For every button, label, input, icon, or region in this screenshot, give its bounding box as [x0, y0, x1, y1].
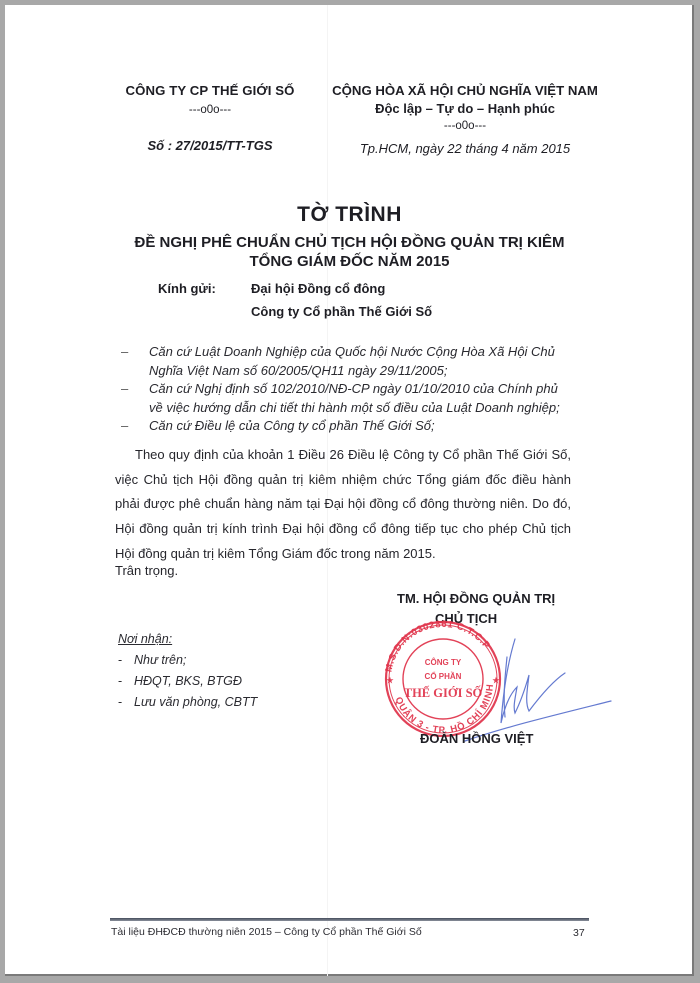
- header-left: CÔNG TY CP THẾ GIỚI SỐ ---o0o--- Số : 27…: [105, 83, 315, 153]
- national-motto: Độc lập – Tự do – Hạnh phúc: [330, 101, 600, 116]
- document-page: CÔNG TY CP THẾ GIỚI SỐ ---o0o--- Số : 27…: [5, 5, 694, 976]
- body-paragraph: Theo quy định của khoản 1 Điều 26 Điều l…: [115, 443, 571, 567]
- addressee-recipient: Công ty Cổ phần Thế Giới Số: [251, 304, 432, 319]
- svg-text:★: ★: [386, 676, 394, 685]
- dash-bullet: -: [118, 671, 122, 692]
- legal-basis-text: Căn cứ Điều lệ của Công ty cổ phần Thế G…: [149, 418, 435, 433]
- header-right: CỘNG HÒA XÃ HỘI CHỦ NGHĨA VIỆT NAM Độc l…: [330, 83, 600, 156]
- signature-organization: TM. HỘI ĐỒNG QUẢN TRỊ: [397, 591, 555, 606]
- footer-text: Tài liệu ĐHĐCĐ thường niên 2015 – Công t…: [111, 926, 422, 938]
- dash-bullet: –: [121, 380, 128, 399]
- header-left-decoration: ---o0o---: [105, 104, 315, 116]
- addressee-label: Kính gửi:: [158, 281, 216, 296]
- distribution-text: HĐQT, BKS, BTGĐ: [134, 674, 242, 688]
- page-number: 37: [573, 927, 585, 939]
- legal-basis-text: Căn cứ Luật Doanh Nghiệp của Quốc hội Nư…: [149, 344, 555, 378]
- subtitle-line: TỔNG GIÁM ĐỐC NĂM 2015: [5, 252, 694, 271]
- document-title: TỜ TRÌNH: [5, 203, 694, 227]
- legal-basis-item: – Căn cứ Điều lệ của Công ty cổ phần Thế…: [118, 417, 568, 436]
- distribution-item: -Như trên;: [118, 650, 257, 671]
- distribution-text: Như trên;: [134, 653, 186, 667]
- document-number: Số : 27/2015/TT-TGS: [105, 138, 315, 153]
- distribution-item: -HĐQT, BKS, BTGĐ: [118, 671, 257, 692]
- distribution-label: Nơi nhận:: [118, 629, 257, 650]
- distribution-list: Nơi nhận: -Như trên; -HĐQT, BKS, BTGĐ -L…: [118, 629, 257, 713]
- legal-basis-item: – Căn cứ Nghị định số 102/2010/NĐ-CP ngà…: [118, 380, 568, 417]
- distribution-item: -Lưu văn phòng, CBTT: [118, 692, 257, 713]
- dash-bullet: -: [118, 650, 122, 671]
- legal-basis-list: – Căn cứ Luật Doanh Nghiệp của Quốc hội …: [118, 343, 568, 436]
- footer-divider: [110, 918, 589, 921]
- legal-basis-item: – Căn cứ Luật Doanh Nghiệp của Quốc hội …: [118, 343, 568, 380]
- header-right-decoration: ---o0o---: [330, 120, 600, 132]
- dash-bullet: –: [121, 343, 128, 362]
- document-subtitle: ĐỀ NGHỊ PHÊ CHUẨN CHỦ TỊCH HỘI ĐỒNG QUẢN…: [5, 233, 694, 271]
- handwritten-signature-icon: [445, 635, 615, 745]
- body-paragraph-text: Theo quy định của khoản 1 Điều 26 Điều l…: [115, 447, 571, 561]
- dash-bullet: -: [118, 692, 122, 713]
- date-line: Tp.HCM, ngày 22 tháng 4 năm 2015: [330, 141, 600, 156]
- legal-basis-text: Căn cứ Nghị định số 102/2010/NĐ-CP ngày …: [149, 381, 560, 415]
- addressee-recipient: Đại hội Đồng cổ đông: [251, 281, 385, 296]
- company-name: CÔNG TY CP THẾ GIỚI SỐ: [105, 83, 315, 98]
- subtitle-line: ĐỀ NGHỊ PHÊ CHUẨN CHỦ TỊCH HỘI ĐỒNG QUẢN…: [5, 233, 694, 252]
- signer-name: ĐOÀN HỒNG VIỆT: [420, 731, 533, 746]
- closing-phrase: Trân trọng.: [115, 563, 178, 578]
- national-title: CỘNG HÒA XÃ HỘI CHỦ NGHĨA VIỆT NAM: [330, 83, 600, 98]
- dash-bullet: –: [121, 417, 128, 436]
- distribution-text: Lưu văn phòng, CBTT: [134, 695, 257, 709]
